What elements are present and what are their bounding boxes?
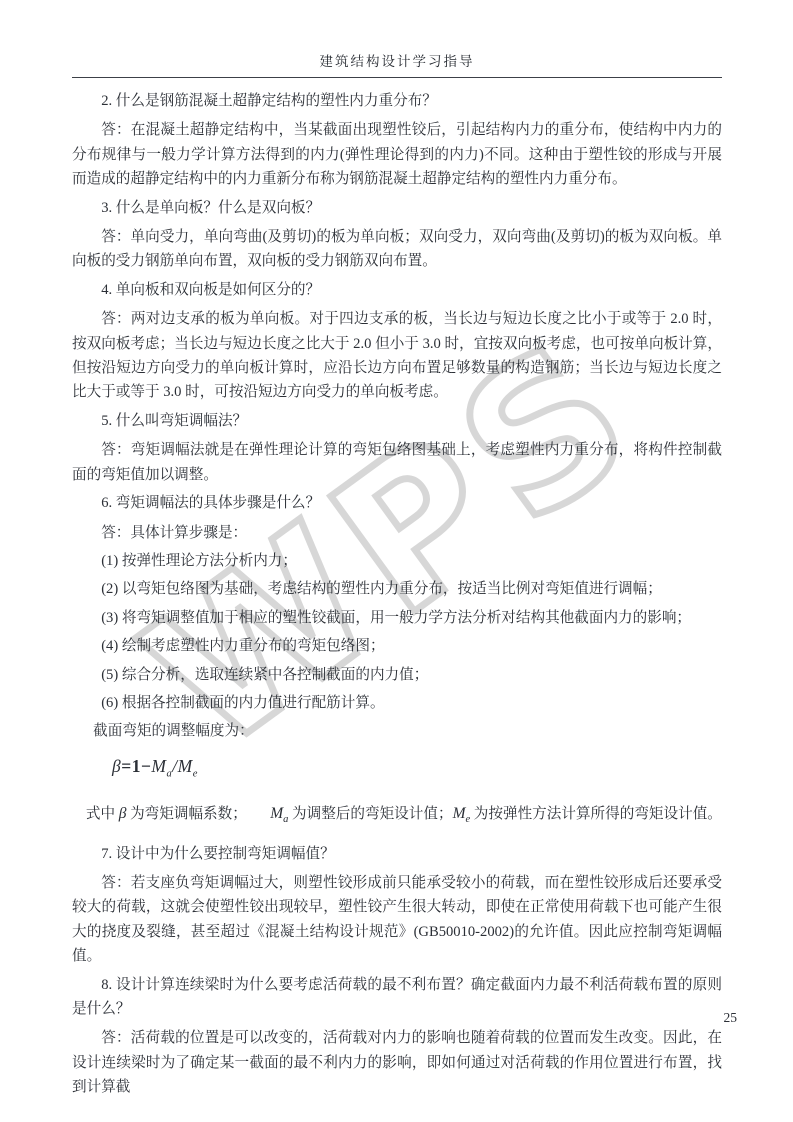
answer-4-paragraph: 答：两对边支承的板为单向板。对于四边支承的板，当长边与短边长度之比小于或等于 2…	[72, 307, 722, 405]
answer-2-paragraph: 答：在混凝土超静定结构中，当某截面出现塑性铰后，引起结构内力的重分布，使结构中内…	[72, 118, 722, 191]
where-ma: M	[270, 805, 283, 822]
formula-explanation: 式中 β 为弯矩调幅系数；Ma 为调整后的弯矩设计值；Me 为按弹性方法计算所得…	[72, 802, 722, 832]
header-title: 建筑结构设计学习指导	[72, 50, 722, 77]
page-number: 25	[724, 1010, 738, 1026]
header-divider	[72, 77, 722, 78]
formula-me: M	[178, 756, 193, 776]
answer-7-paragraph: 答：若支座负弯矩调幅过大，则塑性铰形成前只能承受较小的荷载，而在塑性铰形成后还要…	[72, 871, 722, 969]
answer-3-paragraph: 答：单向受力，单向弯曲(及剪切)的板为单向板；双向受力，双向弯曲(及剪切)的板为…	[72, 225, 722, 274]
body-text: 2. 什么是钢筋混凝土超静定结构的塑性内力重分布？ 答：在混凝土超静定结构中，当…	[72, 89, 722, 1100]
question-2-heading: 2. 什么是钢筋混凝土超静定结构的塑性内力重分布？	[72, 89, 722, 113]
formula-relation: =1−	[121, 756, 151, 776]
step-item-4: (4) 绘制考虑塑性内力重分布的弯矩包络图；	[72, 634, 722, 658]
step-item-1: (1) 按弹性理论方法分析内力；	[72, 549, 722, 573]
where-text-2: 为弯矩调幅系数；	[126, 806, 246, 822]
question-8-heading: 8. 设计计算连续梁时为什么要考虑活荷载的最不利布置？确定截面内力最不利活荷载布…	[72, 973, 722, 1022]
page-content: 建筑结构设计学习指导 2. 什么是钢筋混凝土超静定结构的塑性内力重分布？ 答：在…	[72, 50, 722, 1104]
answer-8-paragraph: 答：活荷载的位置是可以改变的，活荷载对内力的影响也随着荷载的位置而发生改变。因此…	[72, 1026, 722, 1099]
formula-beta-equation: β=1−Ma/Me	[72, 751, 722, 790]
document-page: WPS 建筑结构设计学习指导 2. 什么是钢筋混凝土超静定结构的塑性内力重分布？…	[0, 0, 793, 1122]
step-item-3: (3) 将弯矩调整值加于相应的塑性铰截面，用一般力学方法分析对结构其他截面内力的…	[72, 606, 722, 630]
answer-6-intro: 答：具体计算步骤是：	[72, 521, 722, 545]
question-6-heading: 6. 弯矩调幅法的具体步骤是什么？	[72, 491, 722, 515]
formula-lead: 截面弯矩的调整幅度为：	[72, 719, 722, 743]
step-item-5: (5) 综合分析，选取连续紧中各控制截面的内力值；	[72, 663, 722, 687]
formula-beta: β	[112, 756, 121, 776]
where-me: M	[453, 805, 466, 822]
where-text-3: 为调整后的弯矩设计值；	[288, 806, 452, 822]
answer-5-paragraph: 答：弯矩调幅法就是在弹性理论计算的弯矩包络图基础上，考虑塑性内力重分布，将构件控…	[72, 438, 722, 487]
question-4-heading: 4. 单向板和双向板是如何区分的？	[72, 278, 722, 302]
where-text-1: 式中	[86, 806, 119, 822]
step-item-6: (6) 根据各控制截面的内力值进行配筋计算。	[72, 691, 722, 715]
step-item-2: (2) 以弯矩包络图为基础，考虑结构的塑性内力重分布，按适当比例对弯矩值进行调幅…	[72, 577, 722, 601]
formula-sub-e: e	[193, 768, 198, 779]
question-3-heading: 3. 什么是单向板？什么是双向板？	[72, 196, 722, 220]
question-5-heading: 5. 什么叫弯矩调幅法？	[72, 409, 722, 433]
question-7-heading: 7. 设计中为什么要控制弯矩调幅值？	[72, 842, 722, 866]
where-text-4: 为按弹性方法计算所得的弯矩设计值。	[470, 806, 722, 822]
formula-ma: M	[151, 756, 166, 776]
